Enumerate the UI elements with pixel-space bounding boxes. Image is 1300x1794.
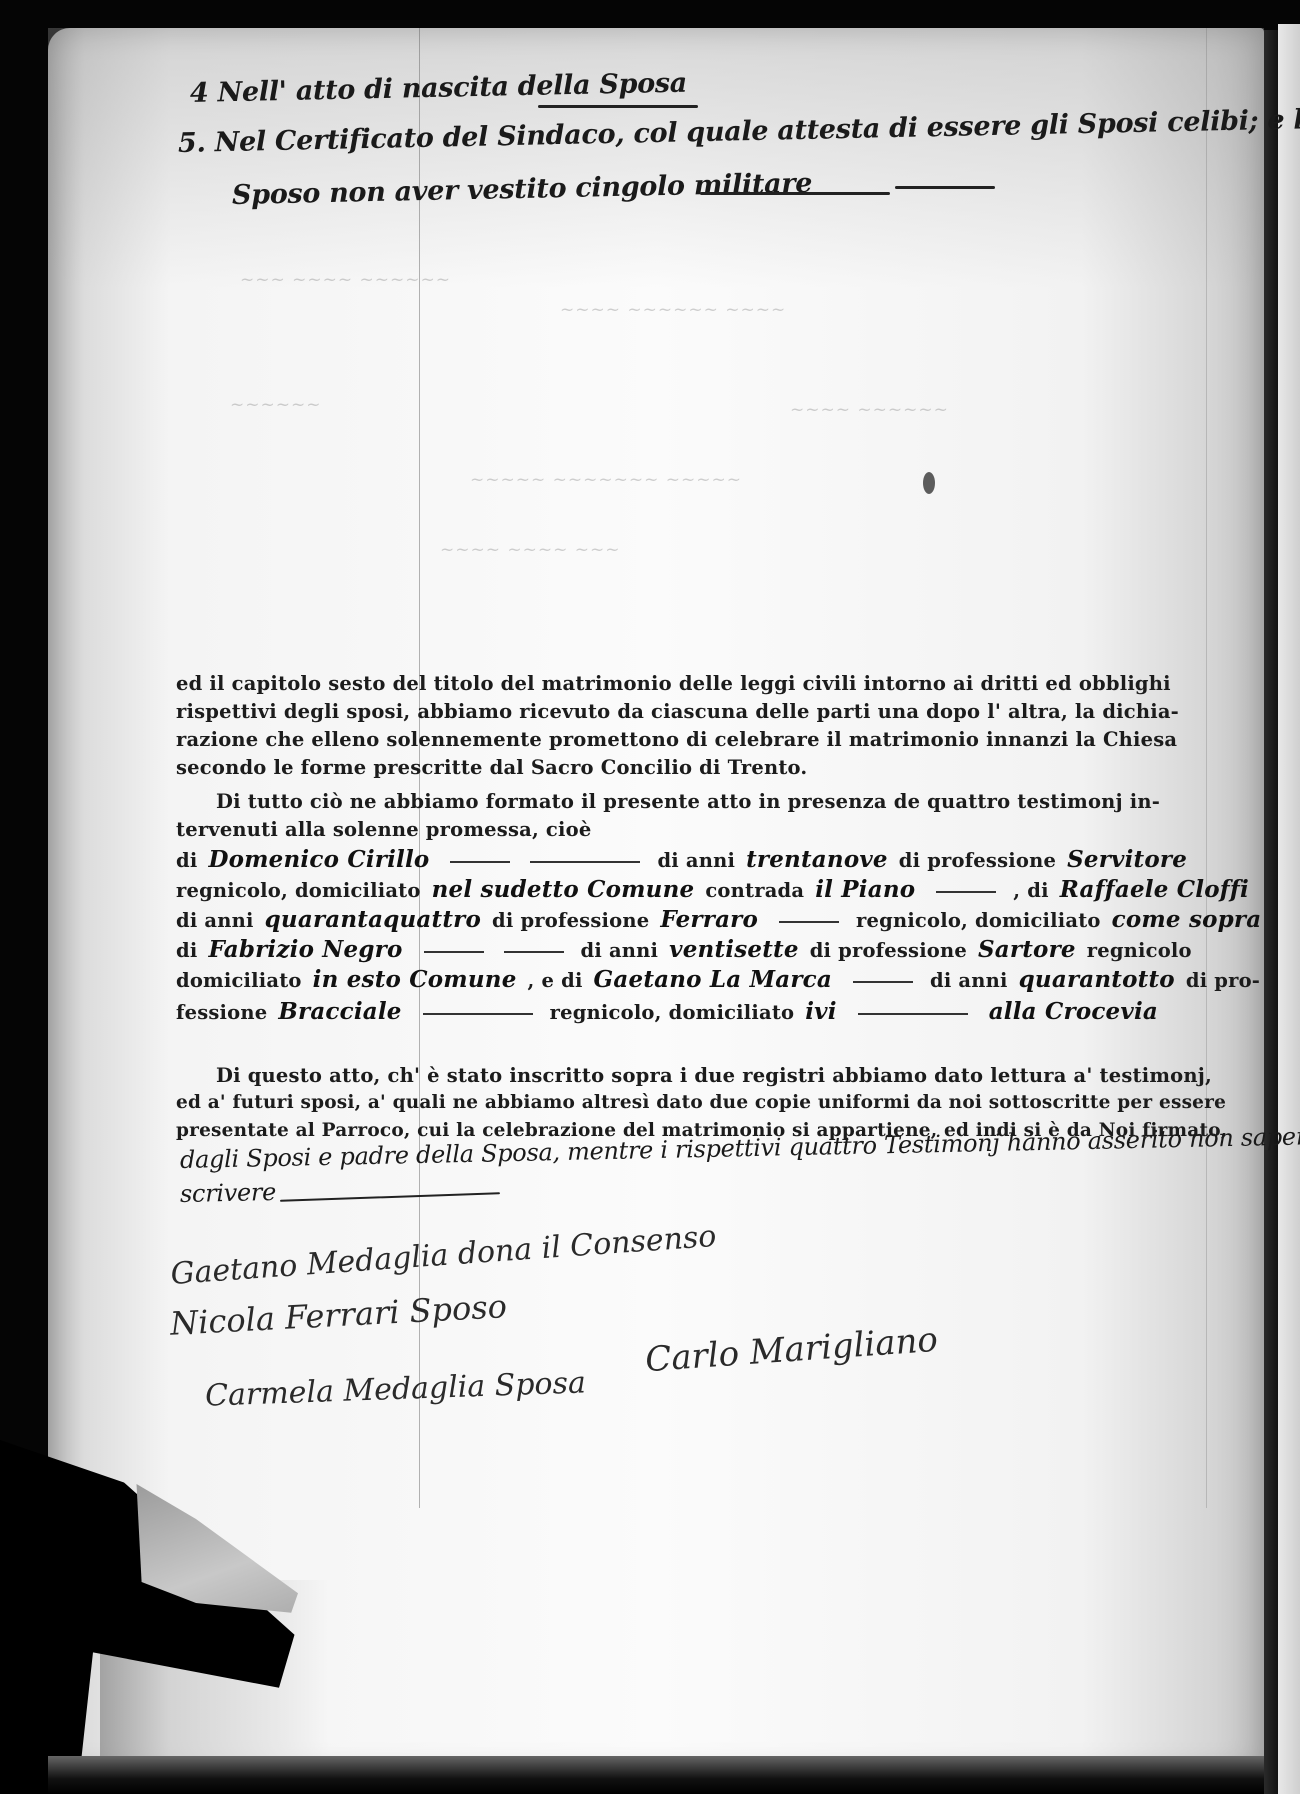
witness-profession-field: Servitore [1067, 846, 1187, 873]
witness-name-field: Domenico Cirillo [208, 846, 429, 873]
ink-blot [923, 472, 935, 494]
blank-dash [858, 1013, 968, 1015]
witness-line-1: di Domenico Cirillo di anni trentanove d… [176, 846, 1191, 873]
witness-age-field: quarantotto [1019, 966, 1175, 993]
witness-name-field: Fabrizio Negro [208, 936, 402, 963]
label: di professione [899, 849, 1056, 872]
label: , e di [528, 969, 583, 992]
witness-street-field: alla Crocevia [989, 998, 1158, 1025]
label: di anni [581, 939, 659, 962]
label: di [176, 939, 197, 962]
book-gutter [1264, 30, 1278, 1794]
printed-line: Di questo atto, ch' è stato inscritto so… [216, 1064, 1212, 1087]
label: contrada [705, 879, 804, 902]
label: di professione [810, 939, 967, 962]
label: regnicolo, domiciliato [856, 909, 1101, 932]
blank-dash [853, 981, 913, 983]
label: regnicolo, domiciliato [176, 879, 421, 902]
witness-line-3: di anni quarantaquattro di professione F… [176, 906, 1265, 933]
handwritten-signing-note-cont: scrivere [180, 1178, 277, 1208]
label: domiciliato [176, 969, 302, 992]
bleed-through-text: ~~~~ ~~~~~~ [790, 400, 949, 420]
printed-line: Di tutto ciò ne abbiamo formato il prese… [216, 790, 1160, 813]
label: regnicolo, domiciliato [550, 1001, 795, 1024]
label: di anni [930, 969, 1008, 992]
blank-dash [936, 891, 996, 893]
witness-line-2: regnicolo, domiciliato nel sudetto Comun… [176, 876, 1253, 903]
witness-profession-field: Bracciale [278, 998, 401, 1025]
note-underline [700, 192, 890, 195]
witness-domicile-field: ivi [805, 998, 836, 1025]
label: di pro- [1186, 969, 1260, 992]
next-page-edge [1278, 24, 1300, 1794]
blank-dash [504, 951, 564, 953]
label: regnicolo [1087, 939, 1192, 962]
fold-line-right [1206, 28, 1207, 1508]
witness-profession-field: Sartore [978, 936, 1076, 963]
printed-line: rispettivi degli sposi, abbiamo ricevuto… [176, 700, 1179, 723]
bleed-through-text: ~~~ ~~~~ ~~~~~~ [240, 270, 451, 290]
witness-profession-field: Ferraro [660, 906, 758, 933]
witness-domicile-field: nel sudetto Comune [432, 876, 695, 903]
blank-dash [530, 861, 640, 863]
witness-street-field: il Piano [815, 876, 915, 903]
page-bottom-edge [48, 1756, 1264, 1794]
witness-line-6: fessione Bracciale regnicolo, domiciliat… [176, 998, 1162, 1025]
witness-age-field: quarantaquattro [265, 906, 481, 933]
blank-dash [779, 921, 839, 923]
witness-line-4: di Fabrizio Negro di anni ventisette di … [176, 936, 1192, 963]
witness-domicile-field: come sopra [1112, 906, 1262, 933]
printed-line: ed il capitolo sesto del titolo del matr… [176, 672, 1171, 695]
label: di professione [492, 909, 649, 932]
page-shading [48, 28, 1264, 288]
note-underline [538, 105, 698, 108]
label: di anni [657, 849, 735, 872]
note-underline [895, 186, 995, 189]
label: , di [1013, 879, 1048, 902]
printed-line: razione che elleno solennemente prometto… [176, 728, 1177, 751]
witness-line-5: domiciliato in esto Comune , e di Gaetan… [176, 966, 1260, 993]
blank-dash [424, 951, 484, 953]
label: di anni [176, 909, 254, 932]
bleed-through-text: ~~~~ ~~~~ ~~~ [440, 540, 621, 560]
printed-line: secondo le forme prescritte dal Sacro Co… [176, 756, 807, 779]
witness-name-field: Raffaele Cloffi [1060, 876, 1249, 903]
blank-dash [450, 861, 510, 863]
witness-name-field: Gaetano La Marca [594, 966, 832, 993]
scan-background: ~~~ ~~~~ ~~~~~~ ~~~~ ~~~~~~ ~~~~ ~~~~~~ … [0, 0, 1300, 1794]
witness-age-field: ventisette [669, 936, 799, 963]
bleed-through-text: ~~~~ ~~~~~~ ~~~~ [560, 300, 786, 320]
witness-domicile-field: in esto Comune [313, 966, 517, 993]
label: fessione [176, 1001, 267, 1024]
blank-dash [423, 1013, 533, 1015]
witness-age-field: trentanove [746, 846, 888, 873]
bleed-through-text: ~~~~~ ~~~~~~~ ~~~~~ [470, 470, 742, 490]
label: di [176, 849, 197, 872]
bleed-through-text: ~~~~~~ [230, 395, 321, 415]
printed-line: ed a' futuri sposi, a' quali ne abbiamo … [176, 1092, 1226, 1113]
printed-line: tervenuti alla solenne promessa, cioè [176, 818, 591, 841]
